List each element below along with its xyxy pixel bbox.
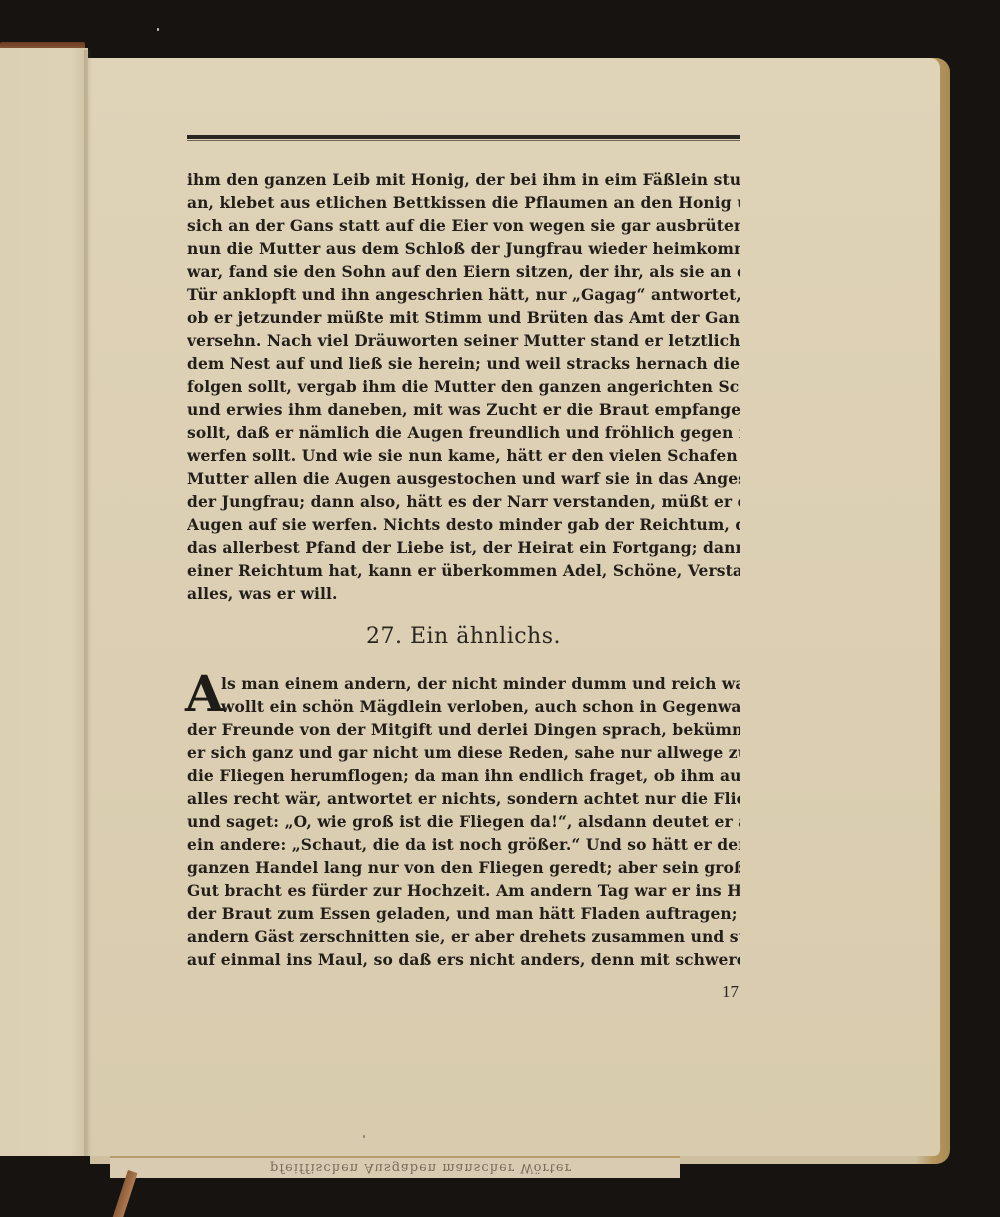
text-line: auf einmal ins Maul, so daß ers nicht an… xyxy=(187,948,740,971)
text-line: folgen sollt, vergab ihm die Mutter den … xyxy=(187,375,740,398)
text-line: und saget: „O, wie groß ist die Fliegen … xyxy=(187,810,740,833)
text-line: wollt ein schön Mägdlein verloben, auch … xyxy=(187,695,740,718)
gutter-shadow xyxy=(84,50,92,1156)
text-line: Gut bracht es fürder zur Hochzeit. Am an… xyxy=(187,879,740,902)
text-block-section-27: A ls man einem andern, der nicht minder … xyxy=(187,672,740,971)
text-line: andern Gäst zerschnitten sie, er aber dr… xyxy=(187,925,740,948)
text-line: und erwies ihm daneben, mit was Zucht er… xyxy=(187,398,740,421)
text-line: die Fliegen herumflogen; da man ihn endl… xyxy=(187,764,740,787)
text-line: werfen sollt. Und wie sie nun kame, hätt… xyxy=(187,444,740,467)
text-line: Tür anklopft und ihn angeschrien hätt, n… xyxy=(187,283,740,306)
text-line: sich an der Gans statt auf die Eier von … xyxy=(187,214,740,237)
text-line: versehn. Nach viel Dräuworten seiner Mut… xyxy=(187,329,740,352)
paper-speck xyxy=(157,28,159,31)
section-heading: 27. Ein ähnlichs. xyxy=(187,624,740,649)
text-line: nun die Mutter aus dem Schloß der Jungfr… xyxy=(187,237,740,260)
page-number: 17 xyxy=(722,982,739,1002)
text-line: er sich ganz und gar nicht um diese Rede… xyxy=(187,741,740,764)
mirrored-bleed-text: pfeiffischen Ausgaben manscher Wörter xyxy=(270,1160,572,1175)
header-rule xyxy=(187,135,740,139)
text-line: dem Nest auf und ließ sie herein; und we… xyxy=(187,352,740,375)
text-line: der Freunde von der Mitgift und derlei D… xyxy=(187,718,740,741)
text-line: Mutter allen die Augen ausgestochen und … xyxy=(187,467,740,490)
text-line: einer Reichtum hat, kann er überkommen A… xyxy=(187,559,740,582)
text-line: war, fand sie den Sohn auf den Eiern sit… xyxy=(187,260,740,283)
text-line: das allerbest Pfand der Liebe ist, der H… xyxy=(187,536,740,559)
text-line: der Jungfrau; dann also, hätt es der Nar… xyxy=(187,490,740,513)
text-line: ganzen Handel lang nur von den Fliegen g… xyxy=(187,856,740,879)
text-line: ls man einem andern, der nicht minder du… xyxy=(187,672,740,695)
text-line: ein andere: „Schaut, die da ist noch grö… xyxy=(187,833,740,856)
text-line: ihm den ganzen Leib mit Honig, der bei i… xyxy=(187,168,740,191)
bottom-page-strip: pfeiffischen Ausgaben manscher Wörter xyxy=(110,1156,680,1178)
text-line: alles recht wär, antwortet er nichts, so… xyxy=(187,787,740,810)
text-line: alles, was er will. xyxy=(187,582,740,605)
left-page xyxy=(0,48,88,1156)
text-line: ob er jetzunder müßte mit Stimm und Brüt… xyxy=(187,306,740,329)
text-line: sollt, daß er nämlich die Augen freundli… xyxy=(187,421,740,444)
text-line: der Braut zum Essen geladen, und man hät… xyxy=(187,902,740,925)
paper-speck xyxy=(363,1135,365,1138)
text-line: an, klebet aus etlichen Bettkissen die P… xyxy=(187,191,740,214)
text-line: Augen auf sie werfen. Nichts desto minde… xyxy=(187,513,740,536)
text-block-continued: ihm den ganzen Leib mit Honig, der bei i… xyxy=(187,168,740,605)
drop-cap: A xyxy=(185,670,224,718)
header-rule-thin xyxy=(187,140,740,141)
